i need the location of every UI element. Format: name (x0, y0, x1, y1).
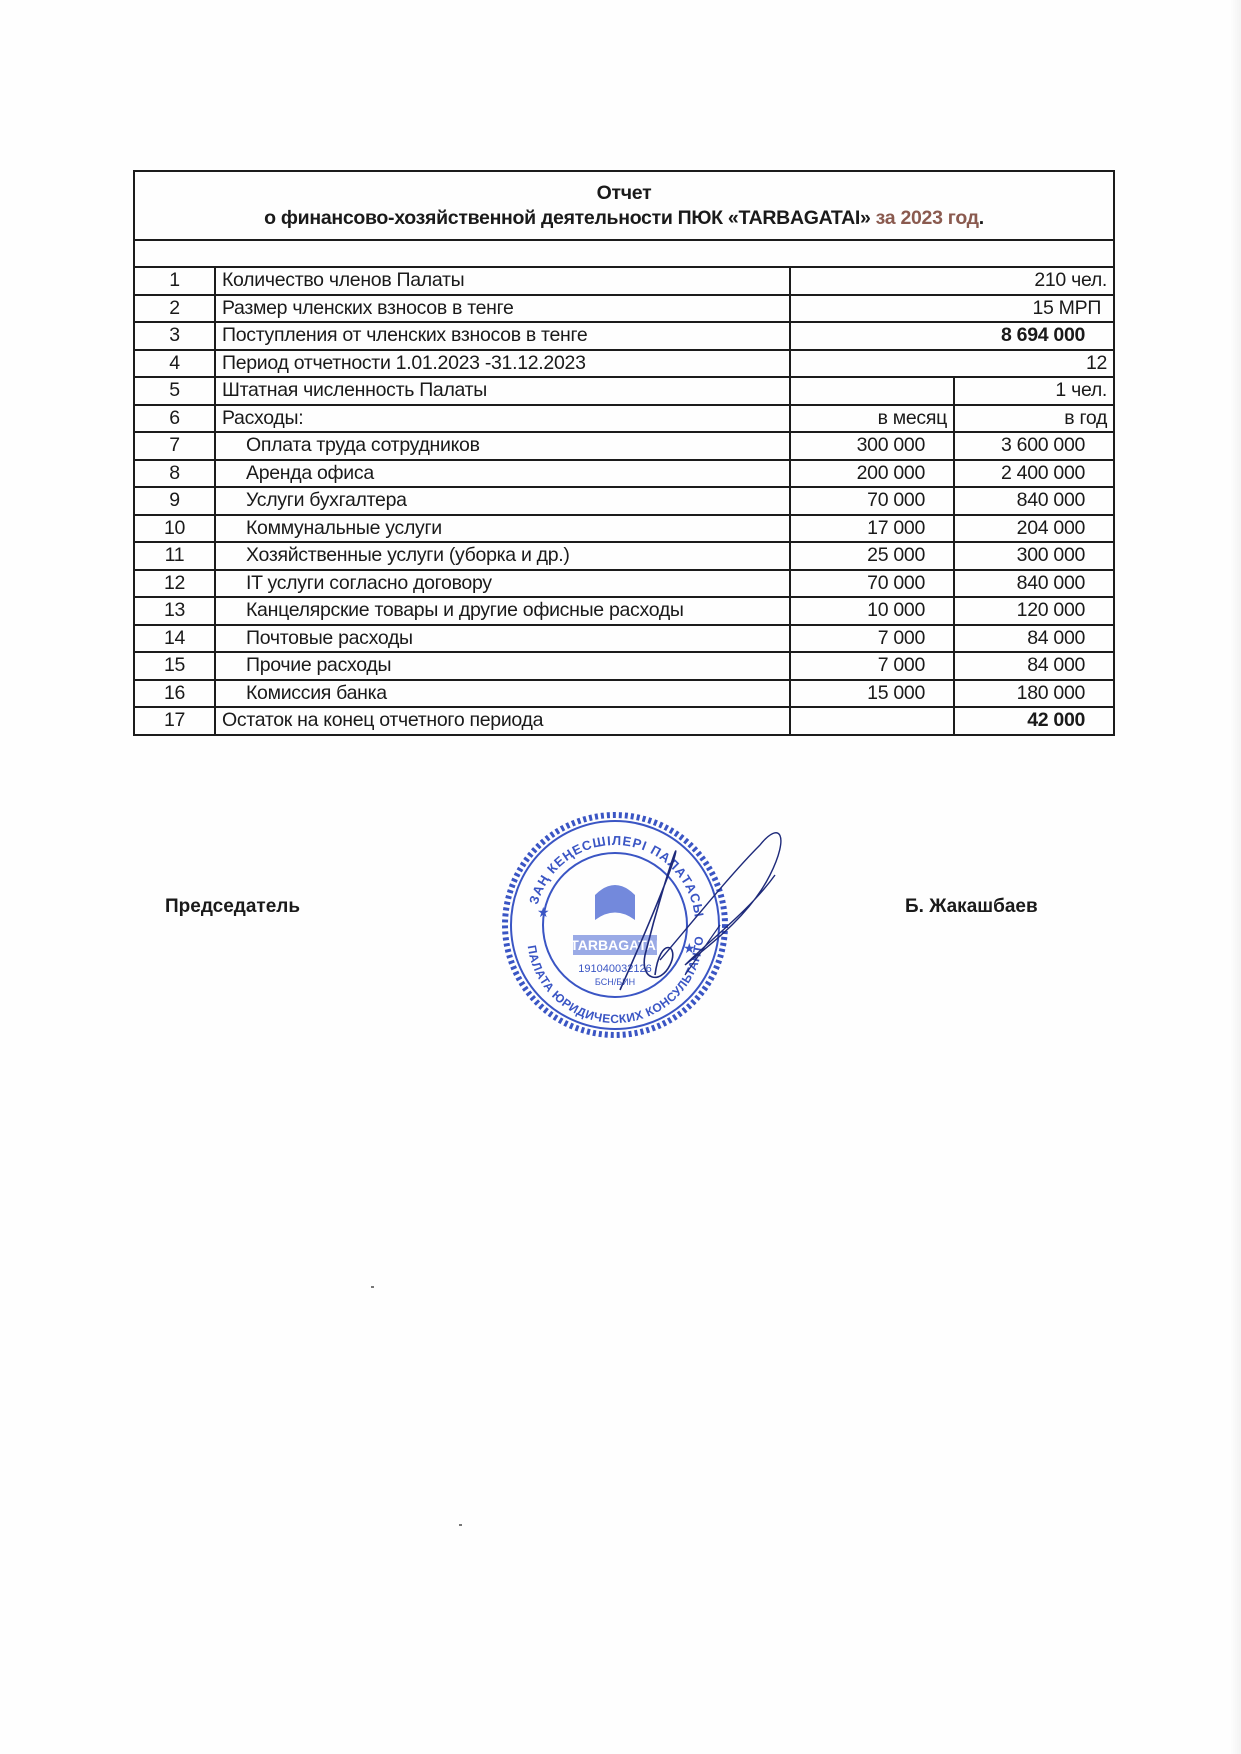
row-year: 180 000 (954, 680, 1114, 708)
table-row: 13 Канцелярские товары и другие офисные … (134, 597, 1114, 625)
table-row: 16 Комиссия банка 15 000 180 000 (134, 680, 1114, 708)
row-label: Количество членов Палаты (215, 267, 790, 295)
row-year: 84 000 (954, 625, 1114, 653)
row-label: Штатная численность Палаты (215, 377, 790, 405)
svg-text:★: ★ (537, 904, 550, 920)
table-row: 6 Расходы: в месяц в год (134, 405, 1114, 433)
row-label: Почтовые расходы (215, 625, 790, 653)
blank-row (134, 240, 1114, 267)
row-number: 9 (134, 487, 215, 515)
row-number: 3 (134, 322, 215, 350)
row-year: 1 чел. (954, 377, 1114, 405)
row-month: 17 000 (790, 515, 954, 543)
report-title: Отчет о финансово-хозяйственной деятельн… (134, 171, 1114, 240)
scan-speck (371, 1286, 374, 1288)
row-label: Оплата труда сотрудников (215, 432, 790, 460)
row-month: 70 000 (790, 570, 954, 598)
table-row: 4 Период отчетности 1.01.2023 -31.12.202… (134, 350, 1114, 378)
table-row: 3 Поступления от членских взносов в тенг… (134, 322, 1114, 350)
signatory-name: Б. Жакашбаев (905, 896, 1038, 918)
financial-report-table: Отчет о финансово-хозяйственной деятельн… (133, 170, 1115, 736)
row-number: 5 (134, 377, 215, 405)
table-row: 14 Почтовые расходы 7 000 84 000 (134, 625, 1114, 653)
row-year: 204 000 (954, 515, 1114, 543)
row-label: Поступления от членских взносов в тенге (215, 322, 790, 350)
row-label: Коммунальные услуги (215, 515, 790, 543)
title-line-1: Отчет (141, 181, 1107, 206)
table-row: 17 Остаток на конец отчетного периода 42… (134, 707, 1114, 735)
table-row: 12 IT услуги согласно договору 70 000 84… (134, 570, 1114, 598)
row-label: Канцелярские товары и другие офисные рас… (215, 597, 790, 625)
row-label: IT услуги согласно договору (215, 570, 790, 598)
row-number: 13 (134, 597, 215, 625)
title-row: Отчет о финансово-хозяйственной деятельн… (134, 171, 1114, 240)
row-year: 2 400 000 (954, 460, 1114, 488)
table-row: 7 Оплата труда сотрудников 300 000 3 600… (134, 432, 1114, 460)
row-number: 17 (134, 707, 215, 735)
row-month: 7 000 (790, 652, 954, 680)
page-edge-shadow (1229, 0, 1241, 1754)
row-number: 10 (134, 515, 215, 543)
table-row: 15 Прочие расходы 7 000 84 000 (134, 652, 1114, 680)
table-row: 2 Размер членских взносов в тенге 15 МРП (134, 295, 1114, 323)
table-row: 1 Количество членов Палаты 210 чел. (134, 267, 1114, 295)
row-month (790, 707, 954, 735)
title-main: о финансово-хозяйственной деятельности П… (264, 207, 870, 229)
title-line-2: о финансово-хозяйственной деятельности П… (141, 206, 1107, 231)
row-number: 6 (134, 405, 215, 433)
row-value: 15 МРП (790, 295, 1114, 323)
table-row: 5 Штатная численность Палаты 1 чел. (134, 377, 1114, 405)
row-value: 12 (790, 350, 1114, 378)
row-number: 1 (134, 267, 215, 295)
row-number: 4 (134, 350, 215, 378)
row-number: 14 (134, 625, 215, 653)
title-period-end: . (979, 207, 984, 229)
row-value: 210 чел. (790, 267, 1114, 295)
row-number: 11 (134, 542, 215, 570)
row-month: 7 000 (790, 625, 954, 653)
row-month: 300 000 (790, 432, 954, 460)
row-year: 840 000 (954, 570, 1114, 598)
column-header-month: в месяц (790, 405, 954, 433)
row-number: 8 (134, 460, 215, 488)
row-label: Хозяйственные услуги (уборка и др.) (215, 542, 790, 570)
row-month (790, 377, 954, 405)
row-label: Аренда офиса (215, 460, 790, 488)
row-label: Расходы: (215, 405, 790, 433)
row-number: 12 (134, 570, 215, 598)
row-number: 7 (134, 432, 215, 460)
title-year: за 2023 год (871, 207, 979, 229)
handwritten-signature-icon (600, 815, 820, 1015)
row-year: 840 000 (954, 487, 1114, 515)
row-number: 2 (134, 295, 215, 323)
table-row: 10 Коммунальные услуги 17 000 204 000 (134, 515, 1114, 543)
row-month: 10 000 (790, 597, 954, 625)
table-row: 8 Аренда офиса 200 000 2 400 000 (134, 460, 1114, 488)
row-number: 16 (134, 680, 215, 708)
row-year: 300 000 (954, 542, 1114, 570)
row-label: Услуги бухгалтера (215, 487, 790, 515)
row-year: 84 000 (954, 652, 1114, 680)
row-year-balance: 42 000 (954, 707, 1114, 735)
signatory-position: Председатель (165, 896, 300, 918)
row-label: Размер членских взносов в тенге (215, 295, 790, 323)
table-row: 9 Услуги бухгалтера 70 000 840 000 (134, 487, 1114, 515)
row-number: 15 (134, 652, 215, 680)
row-label: Прочие расходы (215, 652, 790, 680)
table-row: 11 Хозяйственные услуги (уборка и др.) 2… (134, 542, 1114, 570)
row-month: 15 000 (790, 680, 954, 708)
row-value: 8 694 000 (790, 322, 1114, 350)
column-header-year: в год (954, 405, 1114, 433)
row-year: 120 000 (954, 597, 1114, 625)
blank-cell (134, 240, 1114, 267)
row-label: Остаток на конец отчетного периода (215, 707, 790, 735)
row-month: 70 000 (790, 487, 954, 515)
row-year: 3 600 000 (954, 432, 1114, 460)
row-label: Период отчетности 1.01.2023 -31.12.2023 (215, 350, 790, 378)
row-month: 25 000 (790, 542, 954, 570)
row-label: Комиссия банка (215, 680, 790, 708)
row-month: 200 000 (790, 460, 954, 488)
scan-speck (459, 1524, 462, 1526)
